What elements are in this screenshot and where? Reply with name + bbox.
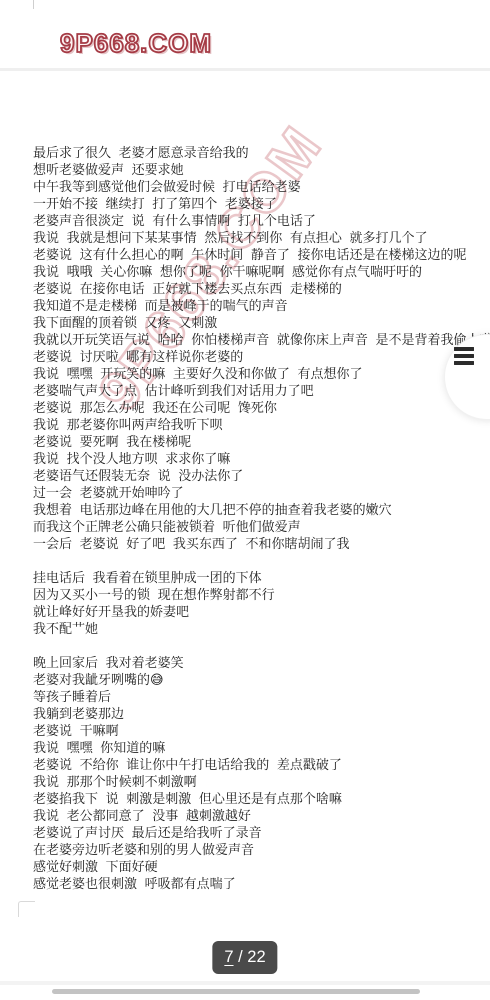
text-line: 老婆掐我下 说 刺激是刺激 但心里还是有点那个啥嘛 xyxy=(33,790,486,807)
text-line: 我说 老公都同意了 没事 越刺激越好 xyxy=(33,807,486,824)
text-line: 我不配艹她 xyxy=(33,620,486,637)
text-line: 感觉好刺激 下面好硬 xyxy=(33,858,486,875)
current-page-number: 7 xyxy=(224,948,233,967)
text-line: 等孩子睡着后 xyxy=(33,688,486,705)
page-indicator-badge[interactable]: 7 / 22 xyxy=(212,941,277,974)
text-line: 而我这个正牌老公确只能被锁着 听他们做爱声 xyxy=(33,518,486,535)
text-line: 就让峰好好开垦我的娇妻吧 xyxy=(33,603,486,620)
text-line: 我说 我就是想问下某某事情 然后找不到你 有点担心 就多打几个了 xyxy=(33,229,486,246)
text-line: 老婆说 要死啊 我在楼梯呢 xyxy=(33,433,486,450)
text-line: 老婆说 在接你电话 正好就下楼去买点东西 走楼梯的 xyxy=(33,280,486,297)
text-line: 我知道不是走楼梯 而是被峰干的喘气的声音 xyxy=(33,297,486,314)
text-line: 晚上回家后 我对着老婆笑 xyxy=(33,654,486,671)
site-brand-text: 9P668.COM xyxy=(60,28,212,59)
text-line: 我躺到老婆那边 xyxy=(33,705,486,722)
text-line: 挂电话后 我看着在锁里肿成一团的下体 xyxy=(33,569,486,586)
text-line xyxy=(33,552,486,569)
text-line: 老婆喘气声大了点 估计峰听到我们对话用力了吧 xyxy=(33,382,486,399)
text-line: 老婆说 不给你 谁让你中午打电话给我的 差点戳破了 xyxy=(33,756,486,773)
text-line: 老婆对我龇牙咧嘴的😅 xyxy=(33,671,486,688)
text-line: 老婆说 这有什么担心的啊 午休时间 静音了 接你电话还是在楼梯这边的呢 xyxy=(33,246,486,263)
reader-text-body: 最后求了很久 老婆才愿意录音给我的想听老婆做爱声 还要求她中午我等到感觉他们会做… xyxy=(33,144,486,892)
text-line: 老婆说 那怎么办呢 我还在公司呢 馋死你 xyxy=(33,399,486,416)
bottom-divider xyxy=(0,981,490,985)
text-line: 一会后 老婆说 好了吧 我买东西了 不和你瞎胡闹了我 xyxy=(33,535,486,552)
header-divider xyxy=(0,68,490,71)
page-corner-artifact xyxy=(18,901,35,917)
total-page-number: 22 xyxy=(247,948,265,967)
text-line: 因为又买小一号的锁 现在想作弊射都不行 xyxy=(33,586,486,603)
text-line: 一开始不接 继续打 打了第四个 老婆接了 xyxy=(33,195,486,212)
text-line: 我说 那老婆你叫两声给我听下呗 xyxy=(33,416,486,433)
text-line: 感觉老婆也很刺激 呼吸都有点喘了 xyxy=(33,875,486,892)
text-line: 在老婆旁边听老婆和别的男人做爱声音 xyxy=(33,841,486,858)
text-line: 我说 那那个时候刺不刺激啊 xyxy=(33,773,486,790)
text-line: 我说 嘿嘿 开玩笑的嘛 主要好久没和你做了 有点想你了 xyxy=(33,365,486,382)
text-line: 老婆语气还假装无奈 说 没办法你了 xyxy=(33,467,486,484)
page-edge-artifact xyxy=(33,0,34,9)
reader-screen: 9P668.COM 9P668.COM 最后求了很久 老婆才愿意录音给我的想听老… xyxy=(0,0,490,1000)
text-line: 我说 哦哦 关心你嘛 想你了呢 你干嘛呢啊 感觉你有点气喘吁吁的 xyxy=(33,263,486,280)
text-line: 老婆说 干嘛啊 xyxy=(33,722,486,739)
text-line: 老婆说 讨厌啦 哪有这样说你老婆的 xyxy=(33,348,486,365)
text-line: 老婆说了声讨厌 最后还是给我听了录音 xyxy=(33,824,486,841)
reading-progress-bar[interactable] xyxy=(52,989,420,994)
text-line: 我说 找个没人地方呗 求求你了嘛 xyxy=(33,450,486,467)
text-line: 我想着 电话那边峰在用他的大几把不停的抽查着我老婆的嫩穴 xyxy=(33,501,486,518)
hamburger-menu-icon xyxy=(454,347,474,368)
page-separator: / xyxy=(234,948,248,967)
text-line: 中午我等到感觉他们会做爱时候 打电话给老婆 xyxy=(33,178,486,195)
text-line: 我就以开玩笑语气说 哈哈 你怕楼梯声音 就像你床上声音 是不是背着我偷人啦 xyxy=(33,331,486,348)
text-line: 我说 嘿嘿 你知道的嘛 xyxy=(33,739,486,756)
text-line xyxy=(33,637,486,654)
text-line: 我下面醒的顶着锁 又疼 又刺激 xyxy=(33,314,486,331)
text-line: 想听老婆做爱声 还要求她 xyxy=(33,161,486,178)
text-line: 最后求了很久 老婆才愿意录音给我的 xyxy=(33,144,486,161)
text-line: 老婆声音很淡定 说 有什么事情啊 打几个电话了 xyxy=(33,212,486,229)
text-line: 过一会 老婆就开始呻吟了 xyxy=(33,484,486,501)
